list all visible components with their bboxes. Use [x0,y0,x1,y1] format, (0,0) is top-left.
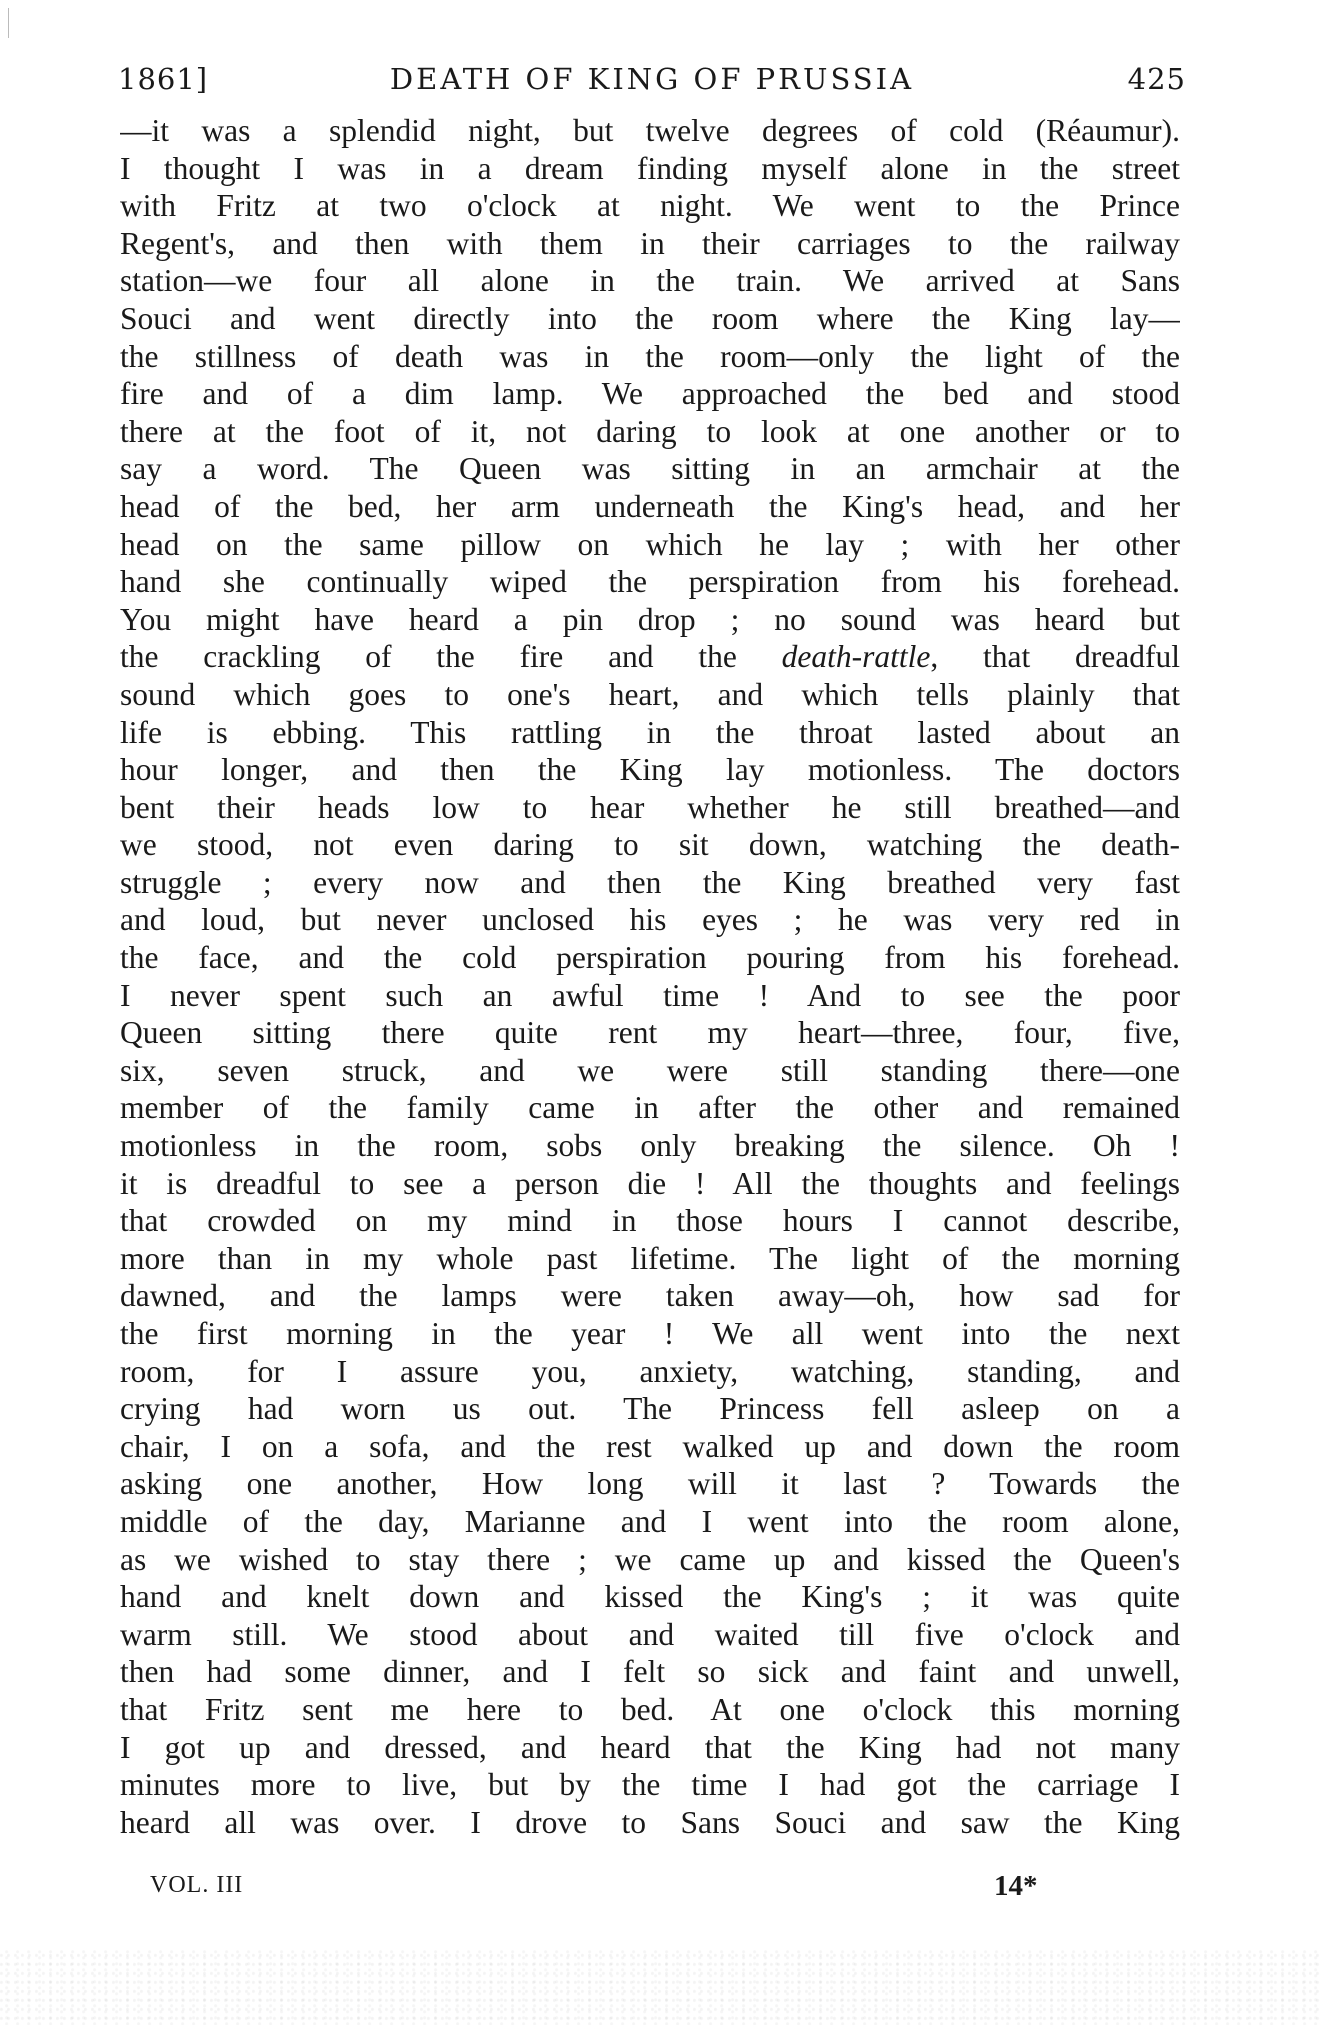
text-line: You might have heard a pin drop ; no sou… [120,601,1180,639]
text-line: as we wished to stay there ; we came up … [120,1541,1180,1579]
text-line: Regent's, and then with them in their ca… [120,225,1180,263]
text-line: motionless in the room, sobs only breaki… [120,1127,1180,1165]
text-line: there at the foot of it, not daring to l… [120,413,1180,451]
text-line: hand and knelt down and kissed the King'… [120,1578,1180,1616]
text-line: room, for I assure you, anxiety, watchin… [120,1353,1180,1391]
text-line: hand she continually wiped the perspirat… [120,563,1180,601]
text-line: more than in my whole past lifetime. The… [120,1240,1180,1278]
text-line: say a word. The Queen was sitting in an … [120,450,1180,488]
running-header: 1861] DEATH OF KING OF PRUSSIA 425 [118,62,1186,102]
text-line: chair, I on a sofa, and the rest walked … [120,1428,1180,1466]
text-line: station—we four all alone in the train. … [120,262,1180,300]
text-line: head on the same pillow on which he lay … [120,526,1180,564]
header-title: DEATH OF KING OF PRUSSIA [118,62,1186,96]
text-line: the stillness of death was in the room—o… [120,338,1180,376]
text-line: crying had worn us out. The Princess fel… [120,1390,1180,1428]
text-line: that crowded on my mind in those hours I… [120,1202,1180,1240]
text-line: the face, and the cold perspiration pour… [120,939,1180,977]
scan-noise [0,1950,1321,2025]
text-line: bent their heads low to hear whether he … [120,789,1180,827]
page-number: 425 [1128,62,1186,96]
text-line: member of the family came in after the o… [120,1089,1180,1127]
text-line: minutes more to live, but by the time I … [120,1766,1180,1804]
signature-mark: 14* [994,1870,1038,1903]
text-line: and loud, but never unclosed his eyes ; … [120,901,1180,939]
text-line: struggle ; every now and then the King b… [120,864,1180,902]
body-text: —it was a splendid night, but twelve deg… [120,112,1180,1841]
text-line: Queen sitting there quite rent my heart—… [120,1014,1180,1052]
text-line: the first morning in the year ! We all w… [120,1315,1180,1353]
text-line: Souci and went directly into the room wh… [120,300,1180,338]
text-line: I never spent such an awful time ! And t… [120,977,1180,1015]
scan-margin-mark [8,8,9,38]
text-line: warm still. We stood about and waited ti… [120,1616,1180,1654]
text-line: head of the bed, her arm underneath the … [120,488,1180,526]
text-line: fire and of a dim lamp. We approached th… [120,375,1180,413]
text-line: life is ebbing. This rattling in the thr… [120,714,1180,752]
text-line: asking one another, How long will it las… [120,1465,1180,1503]
page-footer: VOL. III 14* [150,1872,1050,1908]
text-line: that Fritz sent me here to bed. At one o… [120,1691,1180,1729]
text-line: sound which goes to one's heart, and whi… [120,676,1180,714]
text-line: with Fritz at two o'clock at night. We w… [120,187,1180,225]
text-line: six, seven struck, and we were still sta… [120,1052,1180,1090]
text-line: heard all was over. I drove to Sans Souc… [120,1804,1180,1842]
text-line: —it was a splendid night, but twelve deg… [120,112,1180,150]
text-line: the crackling of the fire and the death-… [120,638,1180,676]
text-line: it is dreadful to see a person die ! All… [120,1165,1180,1203]
italic-phrase: death-rattle [782,639,931,674]
text-line: I got up and dressed, and heard that the… [120,1729,1180,1767]
text-line: dawned, and the lamps were taken away—oh… [120,1277,1180,1315]
volume-label: VOL. III [150,1872,243,1899]
text-line: then had some dinner, and I felt so sick… [120,1653,1180,1691]
text-line: we stood, not even daring to sit down, w… [120,826,1180,864]
text-line: middle of the day, Marianne and I went i… [120,1503,1180,1541]
text-line: I thought I was in a dream finding mysel… [120,150,1180,188]
book-page: 1861] DEATH OF KING OF PRUSSIA 425 —it w… [0,0,1321,2025]
text-line: hour longer, and then the King lay motio… [120,751,1180,789]
